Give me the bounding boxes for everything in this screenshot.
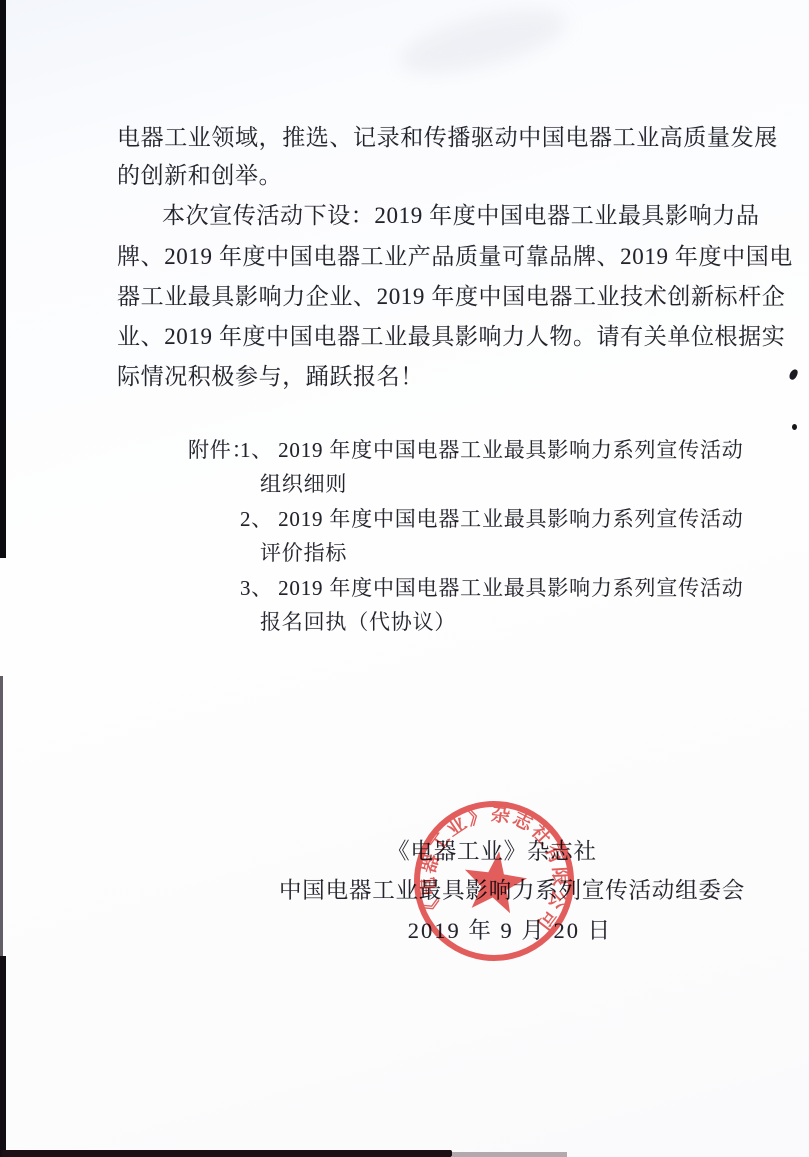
scan-mark-right-1 (788, 368, 799, 381)
body-line: 业、2019 年度中国电器工业最具影响力人物。请有关单位根据实 (117, 323, 785, 351)
attachment-item: 2、 2019 年度中国电器工业最具影响力系列宣传活动 (240, 505, 744, 533)
body-line: 本次宣传活动下设：2019 年度中国电器工业最具影响力品 (162, 202, 760, 230)
scan-shadow-artifact (395, 0, 572, 86)
scan-edge-left-top (0, 0, 6, 558)
body-line: 牌、2019 年度中国电器工业产品质量可靠品牌、2019 年度中国电 (117, 243, 793, 271)
attachment-item-subline: 组织细则 (260, 470, 347, 498)
official-seal: 《电器工业》杂志社有限公司 (381, 768, 607, 994)
attachment-item-number: 3、 (240, 574, 273, 602)
scan-edge-bottom-faint (452, 1152, 567, 1157)
seal-star-icon (460, 847, 530, 915)
attachment-item-number: 2、 (240, 505, 273, 533)
attachment-item-title: 2019 年度中国电器工业最具影响力系列宣传活动 (278, 505, 743, 533)
body-line: 的创新和创举。 (117, 162, 282, 190)
body-line: 器工业最具影响力企业、2019 年度中国电器工业技术创新标杆企 (117, 283, 785, 311)
attachment-item-subline: 评价指标 (260, 539, 347, 567)
scan-edge-left-bottom (0, 956, 6, 1157)
attachment-item: 1、 2019 年度中国电器工业最具影响力系列宣传活动 (240, 436, 744, 464)
attachment-item-title: 2019 年度中国电器工业最具影响力系列宣传活动 (278, 436, 743, 464)
scan-edge-left-middle (0, 676, 3, 956)
body-line: 际情况积极参与，踊跃报名！ (117, 363, 424, 391)
body-line: 电器工业领域，推选、记录和传播驱动中国电器工业高质量发展 (117, 124, 778, 152)
scan-edge-bottom (2, 1150, 452, 1157)
attachment-item-title: 2019 年度中国电器工业最具影响力系列宣传活动 (278, 574, 743, 602)
scanned-document-page: 电器工业领域，推选、记录和传播驱动中国电器工业高质量发展 的创新和创举。 本次宣… (0, 0, 809, 1157)
attachment-item: 3、 2019 年度中国电器工业最具影响力系列宣传活动 (240, 574, 744, 602)
attachment-item-number: 1、 (240, 436, 273, 464)
attachment-item-subline: 报名回执（代协议） (260, 608, 456, 636)
scan-mark-right-2 (792, 424, 797, 430)
